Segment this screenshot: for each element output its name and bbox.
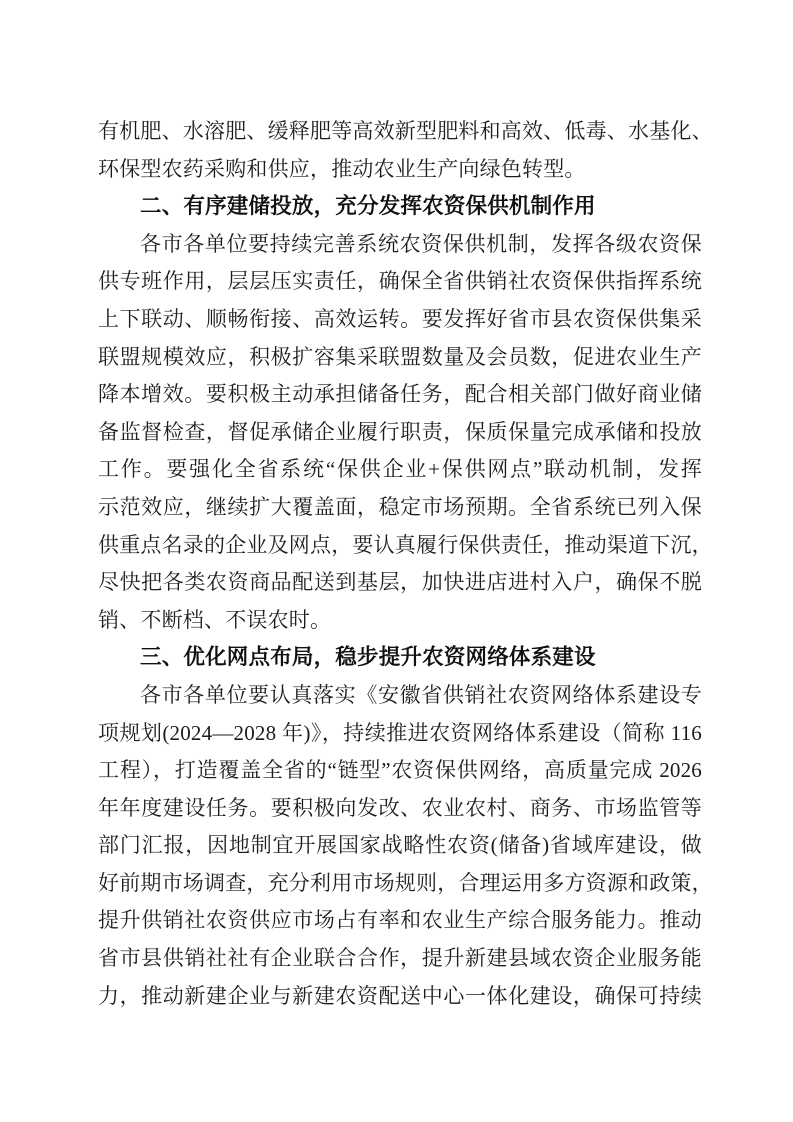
text-line: 有机肥、水溶肥、缓释肥等高效新型肥料和高效、低毒、水基化、	[98, 113, 702, 151]
text-line: 好前期市场调查，充分利用市场规则，合理运用多方资源和政策，	[98, 865, 702, 903]
text-line: 各市各单位要认真落实《安徽省供销社农资网络体系建设专	[98, 677, 702, 715]
text-line: 备监督检查，督促承储企业履行职责，保质保量完成承储和投放	[98, 414, 702, 452]
text-line: 环保型农药采购和供应，推动农业生产向绿色转型。	[98, 151, 702, 189]
text-line: 上下联动、顺畅衔接、高效运转。要发挥好省市县农资保供集采	[98, 301, 702, 339]
section-heading: 三、优化网点布局，稳步提升农资网络体系建设	[98, 639, 702, 677]
text-line: 年年度建设任务。要积极向发改、农业农村、商务、市场监管等	[98, 790, 702, 828]
text-line: 尽快把各类农资商品配送到基层，加快进店进村入户，确保不脱	[98, 564, 702, 602]
text-line: 降本增效。要积极主动承担储备任务，配合相关部门做好商业储	[98, 376, 702, 414]
text-line: 力，推动新建企业与新建农资配送中心一体化建设，确保可持续	[98, 978, 702, 1016]
text-line: 提升供销社农资供应市场占有率和农业生产综合服务能力。推动	[98, 902, 702, 940]
text-line: 供专班作用，层层压实责任，确保全省供销社农资保供指挥系统	[98, 263, 702, 301]
text-line: 省市县供销社社有企业联合合作，提升新建县域农资企业服务能	[98, 940, 702, 978]
document-page: 有机肥、水溶肥、缓释肥等高效新型肥料和高效、低毒、水基化、环保型农药采购和供应，…	[0, 0, 793, 1122]
text-line: 联盟规模效应，积极扩容集采联盟数量及会员数，促进农业生产	[98, 339, 702, 377]
text-line: 销、不断档、不误农时。	[98, 602, 702, 640]
text-line: 供重点名录的企业及网点，要认真履行保供责任，推动渠道下沉，	[98, 527, 702, 565]
text-line: 工程），打造覆盖全省的“链型”农资保供网络，高质量完成 2026	[98, 752, 702, 790]
text-line: 示范效应，继续扩大覆盖面，稳定市场预期。全省系统已列入保	[98, 489, 702, 527]
section-heading: 二、有序建储投放，充分发挥农资保供机制作用	[98, 188, 702, 226]
text-line: 项规划(2024—2028 年)》，持续推进农资网络体系建设（简称 116	[98, 715, 702, 753]
text-line: 工作。要强化全省系统“保供企业+保供网点”联动机制，发挥	[98, 451, 702, 489]
document-body: 有机肥、水溶肥、缓释肥等高效新型肥料和高效、低毒、水基化、环保型农药采购和供应，…	[98, 113, 702, 1015]
text-line: 各市各单位要持续完善系统农资保供机制，发挥各级农资保	[98, 226, 702, 264]
text-line: 部门汇报，因地制宜开展国家战略性农资(储备)省域库建设，做	[98, 827, 702, 865]
